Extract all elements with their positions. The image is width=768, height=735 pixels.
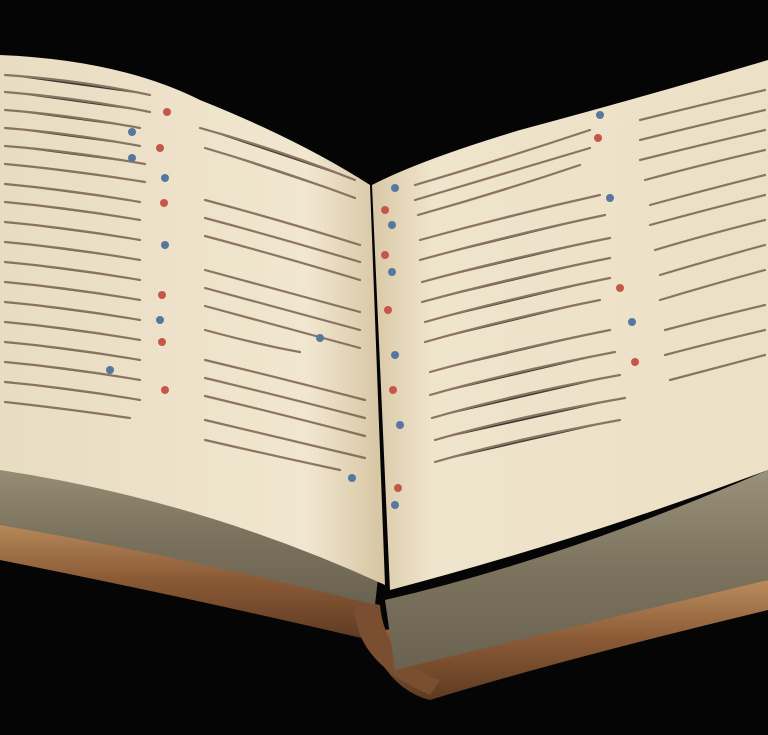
manuscript-photo: Open medieval manuscript book on black b… bbox=[0, 0, 768, 735]
open-book-illustration bbox=[0, 0, 768, 735]
